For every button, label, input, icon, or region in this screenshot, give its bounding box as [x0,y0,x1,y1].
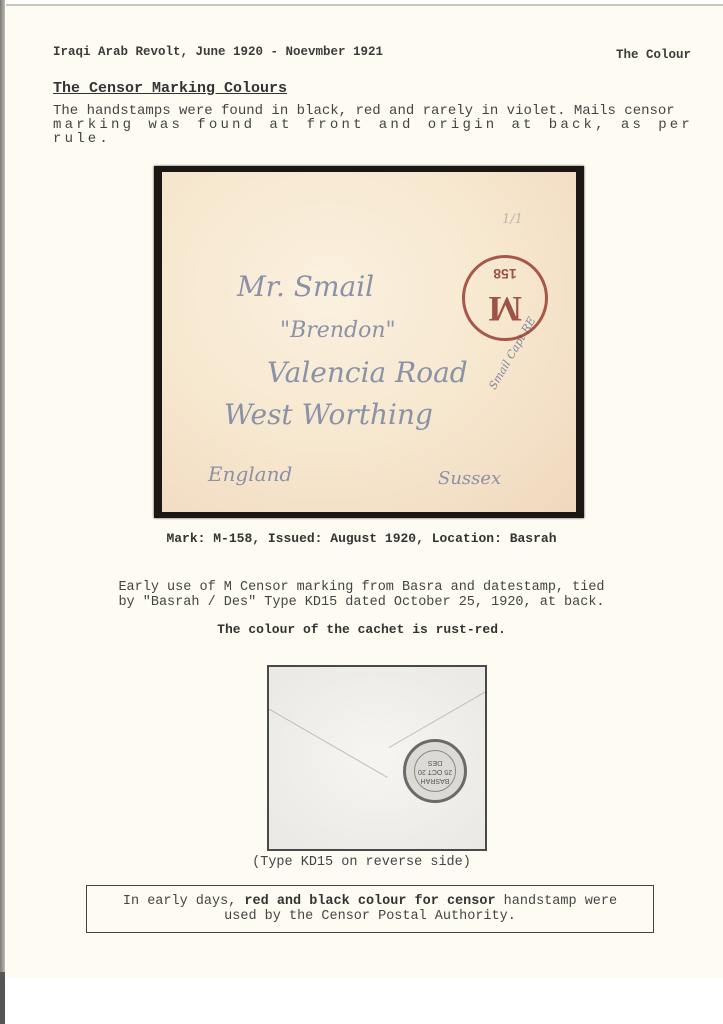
pencil-note: 1/1 [502,212,523,227]
envelope-flap-line [267,697,388,778]
description-line-2: by "Basrah / Des" Type KD15 dated Octobe… [0,595,723,610]
summary-note-box: In early days, red and black colour for … [86,885,654,933]
note-line-2: used by the Censor Postal Authority. [87,909,653,924]
page-header-right: The Colour [616,48,691,62]
note-suffix: handstamp were [496,894,618,909]
intro-line-2: marking was found at front and origin at… [53,118,693,146]
kd15-datestamp: BASRAH 25 OCT 20 DES [403,739,467,803]
scan-left-edge [0,0,5,1024]
address-line-1: Mr. Smail [237,270,374,303]
reverse-cover-image: BASRAH 25 OCT 20 DES [267,665,487,851]
censor-mark-number: 158 [465,266,545,282]
intro-line-1: The handstamps were found in black, red … [53,104,693,118]
reverse-cover-caption: (Type KD15 on reverse side) [0,855,723,870]
address-line-5: England [208,462,292,486]
front-cover-caption: Mark: M-158, Issued: August 1920, Locati… [0,531,723,546]
description-line-1: Early use of M Censor marking from Basra… [0,580,723,595]
page-header-left: Iraqi Arab Revolt, June 1920 - Noevmber … [53,45,383,59]
front-cover-image: 1/1 Mr. Smail "Brendon" Valencia Road We… [154,166,584,518]
colour-statement: The colour of the cachet is rust-red. [0,622,723,637]
page-title: The Censor Marking Colours [53,80,287,97]
datestamp-text: BASRAH 25 OCT 20 DES [414,750,456,792]
datestamp-bottom: DES [415,758,455,767]
description-paragraph: Early use of M Censor marking from Basra… [0,580,723,610]
censor-mark-letter: M [465,288,545,330]
censor-mark-stamp: 158 M [462,255,548,341]
note-prefix: In early days, [123,894,245,909]
envelope-front: 1/1 Mr. Smail "Brendon" Valencia Road We… [162,172,576,512]
note-line-1: In early days, red and black colour for … [87,894,653,909]
address-line-4: West Worthing [224,398,433,431]
address-line-3: Valencia Road [267,356,468,389]
datestamp-top: BASRAH [415,776,455,785]
address-line-2: "Brendon" [280,318,396,343]
intro-paragraph: The handstamps were found in black, red … [53,104,693,146]
scan-left-edge-bottom [0,972,5,1024]
datestamp-date: 25 OCT 20 [415,767,455,776]
address-line-6: Sussex [438,468,501,489]
note-bold: red and black colour for censor [244,894,495,909]
